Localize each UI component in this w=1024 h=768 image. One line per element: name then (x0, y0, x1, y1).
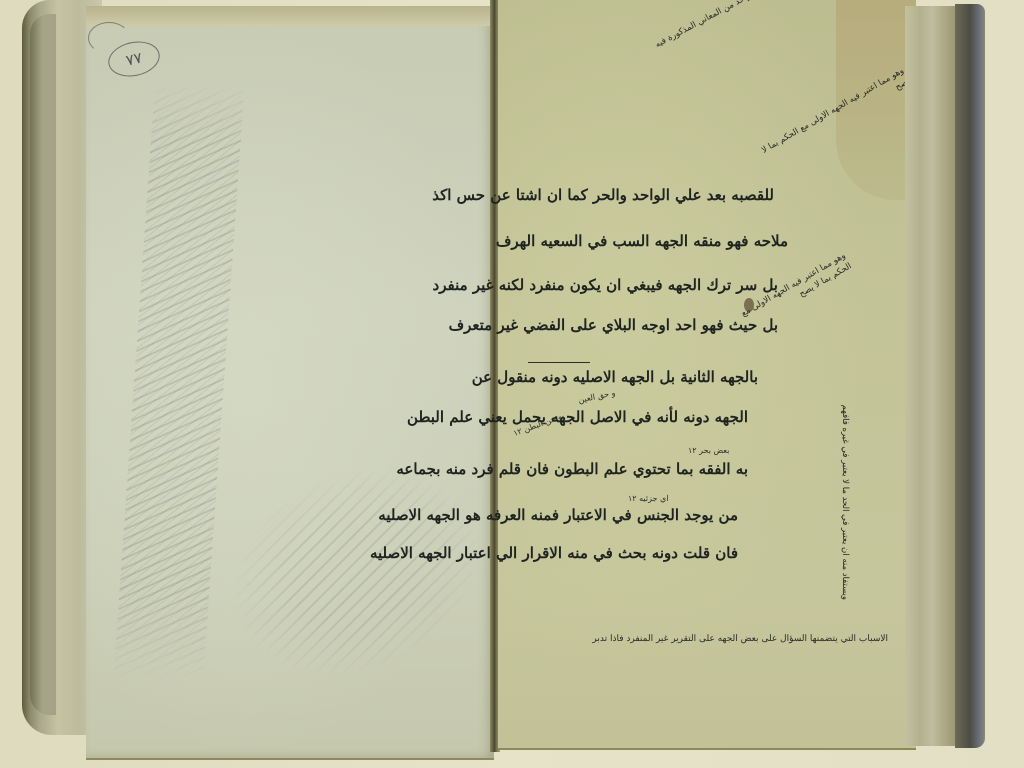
main-text-line: من يوجد الجنس في الاعتبار فمنه العرفه هو… (528, 506, 738, 524)
right-page: هذا بيان الحال في الواحد من المعاني المذ… (498, 0, 916, 750)
interlinear-gloss: اي جزئيه ١٢ (628, 494, 668, 503)
vertical-margin-note: ويستفاد منه ان يعتبر في الحد ما لا يعتبر… (840, 80, 850, 600)
main-text-line: الجهه دونه لأنه في الاصل الجهه يحمل يعني… (528, 408, 748, 426)
footer-margin-line: الاسباب التي يتضمنها السؤال على بعض الجه… (598, 634, 888, 644)
top-margin-note: هذا بيان الحال في الواحد من المعاني المذ… (616, 0, 816, 71)
left-page: ٧٧ (86, 6, 494, 760)
main-text-line: بل حيث فهو احد اوجه البلاي على الفضي غير… (528, 316, 778, 334)
main-text-line: بالجهه الثانية بل الجهه الاصليه دونه منق… (528, 368, 758, 386)
left-page-top-band (86, 6, 494, 26)
main-text-line: بل سر ترك الجهه فيبغي ان يكون منفرد لكنه… (528, 276, 778, 294)
book-cover-edge (955, 4, 985, 748)
main-text-line: للقصبه بعد علي الواحد والحر كما ان اشتا … (534, 186, 774, 204)
main-text-line: فان قلت دونه بحث في منه الاقرار الي اعتب… (528, 544, 738, 562)
main-text-line: ملاحه فهو منقه الجهه السب في السعيه الهر… (528, 232, 788, 250)
main-text-line: به الفقه بما تحتوي علم البطون فان قلم فر… (528, 460, 748, 478)
interlinear-gloss: و حق العين (577, 388, 616, 405)
interlinear-gloss: بعض بحر ١٢ (688, 446, 729, 455)
overline-rule (528, 362, 590, 363)
